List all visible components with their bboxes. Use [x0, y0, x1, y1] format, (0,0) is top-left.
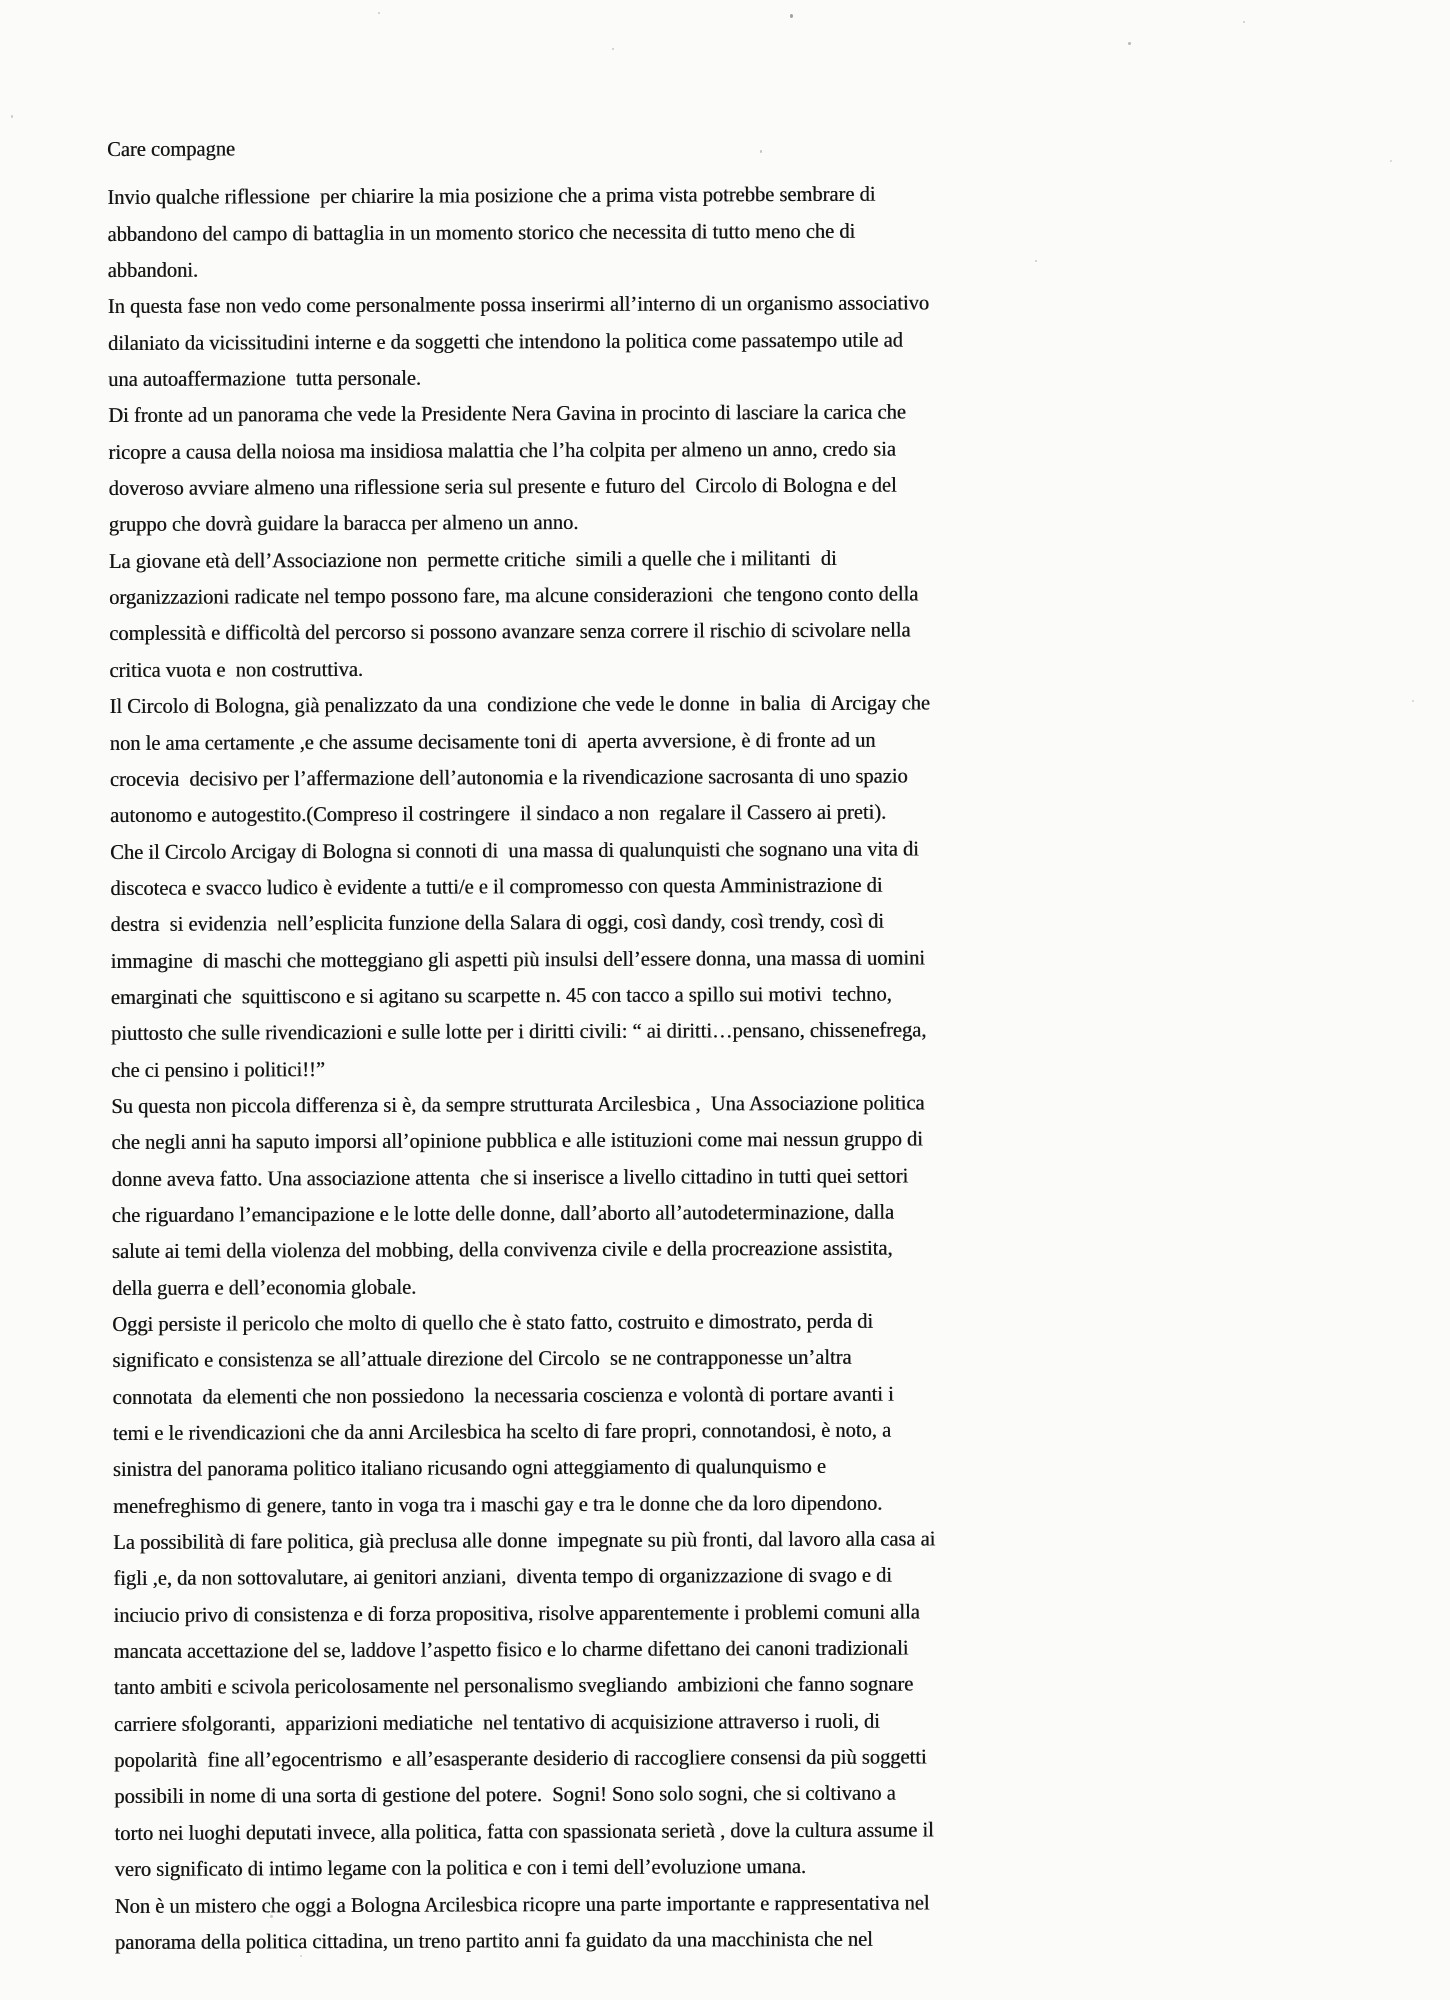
text-line: vero significato di intimo legame con la…	[115, 1846, 1285, 1887]
text-line: Invio qualche riflessione per chiarire l…	[107, 174, 1277, 215]
scan-speck	[1412, 700, 1414, 702]
text-line: autonomo e autogestito.(Compreso il cost…	[110, 792, 1280, 833]
text-line: che negli anni ha saputo imporsi all’opi…	[111, 1119, 1281, 1160]
scanned-letter-page: Care compagne Invio qualche riflessione …	[0, 0, 1450, 2000]
text-line: inciucio privo di consistenza e di forza…	[113, 1592, 1283, 1633]
scan-speck	[378, 12, 380, 14]
text-line: La giovane età dell’Associazione non per…	[109, 538, 1279, 579]
text-line: non le ama certamente ,e che assume deci…	[110, 719, 1280, 760]
text-line: che ci pensino i politici!!”	[111, 1046, 1281, 1087]
text-line: emarginati che squittiscono e si agitano…	[111, 974, 1281, 1015]
text-line: immagine di maschi che motteggiano gli a…	[111, 937, 1281, 978]
scan-speck	[1243, 21, 1245, 23]
text-line: complessità e difficoltà del percorso si…	[109, 610, 1279, 651]
text-line: figli ,e, da non sottovalutare, ai genit…	[113, 1555, 1283, 1596]
text-line: sinistra del panorama politico italiano …	[113, 1446, 1283, 1487]
scan-speck	[612, 48, 614, 50]
text-line: carriere sfolgoranti, apparizioni mediat…	[114, 1701, 1284, 1742]
text-line: che riguardano l’emancipazione e le lott…	[112, 1192, 1282, 1233]
letter-body: Invio qualche riflessione per chiarire l…	[107, 174, 1285, 1960]
text-line: Non è un mistero che oggi a Bologna Arci…	[115, 1882, 1285, 1923]
text-line: abbandoni.	[108, 247, 1278, 288]
text-line: Oggi persiste il pericolo che molto di q…	[112, 1301, 1282, 1342]
text-line: donne aveva fatto. Una associazione atte…	[111, 1156, 1281, 1197]
text-line: crocevia decisivo per l’affermazione del…	[110, 756, 1280, 797]
text-line: dilaniato da vicissitudini interne e da …	[108, 320, 1278, 361]
text-line: destra si evidenzia nell’esplicita funzi…	[110, 901, 1280, 942]
text-line: connotata da elementi che non possiedono…	[112, 1374, 1282, 1415]
text-line: doveroso avviare almeno una riflessione …	[108, 465, 1278, 506]
text-line: una autoaffermazione tutta personale.	[108, 356, 1278, 397]
scan-speck	[790, 14, 793, 18]
text-line: gruppo che dovrà guidare la baracca per …	[109, 501, 1279, 542]
text-line: torto nei luoghi deputati invece, alla p…	[114, 1810, 1284, 1851]
text-line: salute ai temi della violenza del mobbin…	[112, 1228, 1282, 1269]
letter-content: Care compagne Invio qualche riflessione …	[107, 126, 1285, 1960]
text-line: temi e le rivendicazioni che da anni Arc…	[113, 1410, 1283, 1451]
text-line: Di fronte ad un panorama che vede la Pre…	[108, 392, 1278, 433]
text-line: critica vuota e non costruttiva.	[109, 647, 1279, 688]
text-line: In questa fase non vedo come personalmen…	[108, 283, 1278, 324]
text-line: tanto ambiti e scivola pericolosamente n…	[114, 1664, 1284, 1705]
text-line: significato e consistenza se all’attuale…	[112, 1337, 1282, 1378]
text-line: abbandono del campo di battaglia in un m…	[107, 211, 1277, 252]
text-line: della guerra e dell’economia globale.	[112, 1265, 1282, 1306]
text-line: piuttosto che sulle rivendicazioni e sul…	[111, 1010, 1281, 1051]
scan-speck	[1390, 160, 1392, 162]
text-line: discoteca e svacco ludico è evidente a t…	[110, 865, 1280, 906]
scan-speck	[1128, 42, 1131, 45]
text-line: menefreghismo di genere, tanto in voga t…	[113, 1483, 1283, 1524]
text-line: Il Circolo di Bologna, già penalizzato d…	[109, 683, 1279, 724]
text-line: popolarità fine all’egocentrismo e all’e…	[114, 1737, 1284, 1778]
text-line: La possibilità di fare politica, già pre…	[113, 1519, 1283, 1560]
text-line: mancata accettazione del se, laddove l’a…	[114, 1628, 1284, 1669]
text-line: panorama della politica cittadina, un tr…	[115, 1919, 1285, 1960]
scan-speck	[11, 115, 13, 118]
text-line: Che il Circolo Arcigay di Bologna si con…	[110, 828, 1280, 869]
text-line: possibili in nome di una sorta di gestio…	[114, 1773, 1284, 1814]
salutation: Care compagne	[107, 126, 1277, 167]
text-line: organizzazioni radicate nel tempo posson…	[109, 574, 1279, 615]
text-line: Su questa non piccola differenza si è, d…	[111, 1083, 1281, 1124]
text-line: ricopre a causa della noiosa ma insidios…	[108, 429, 1278, 470]
